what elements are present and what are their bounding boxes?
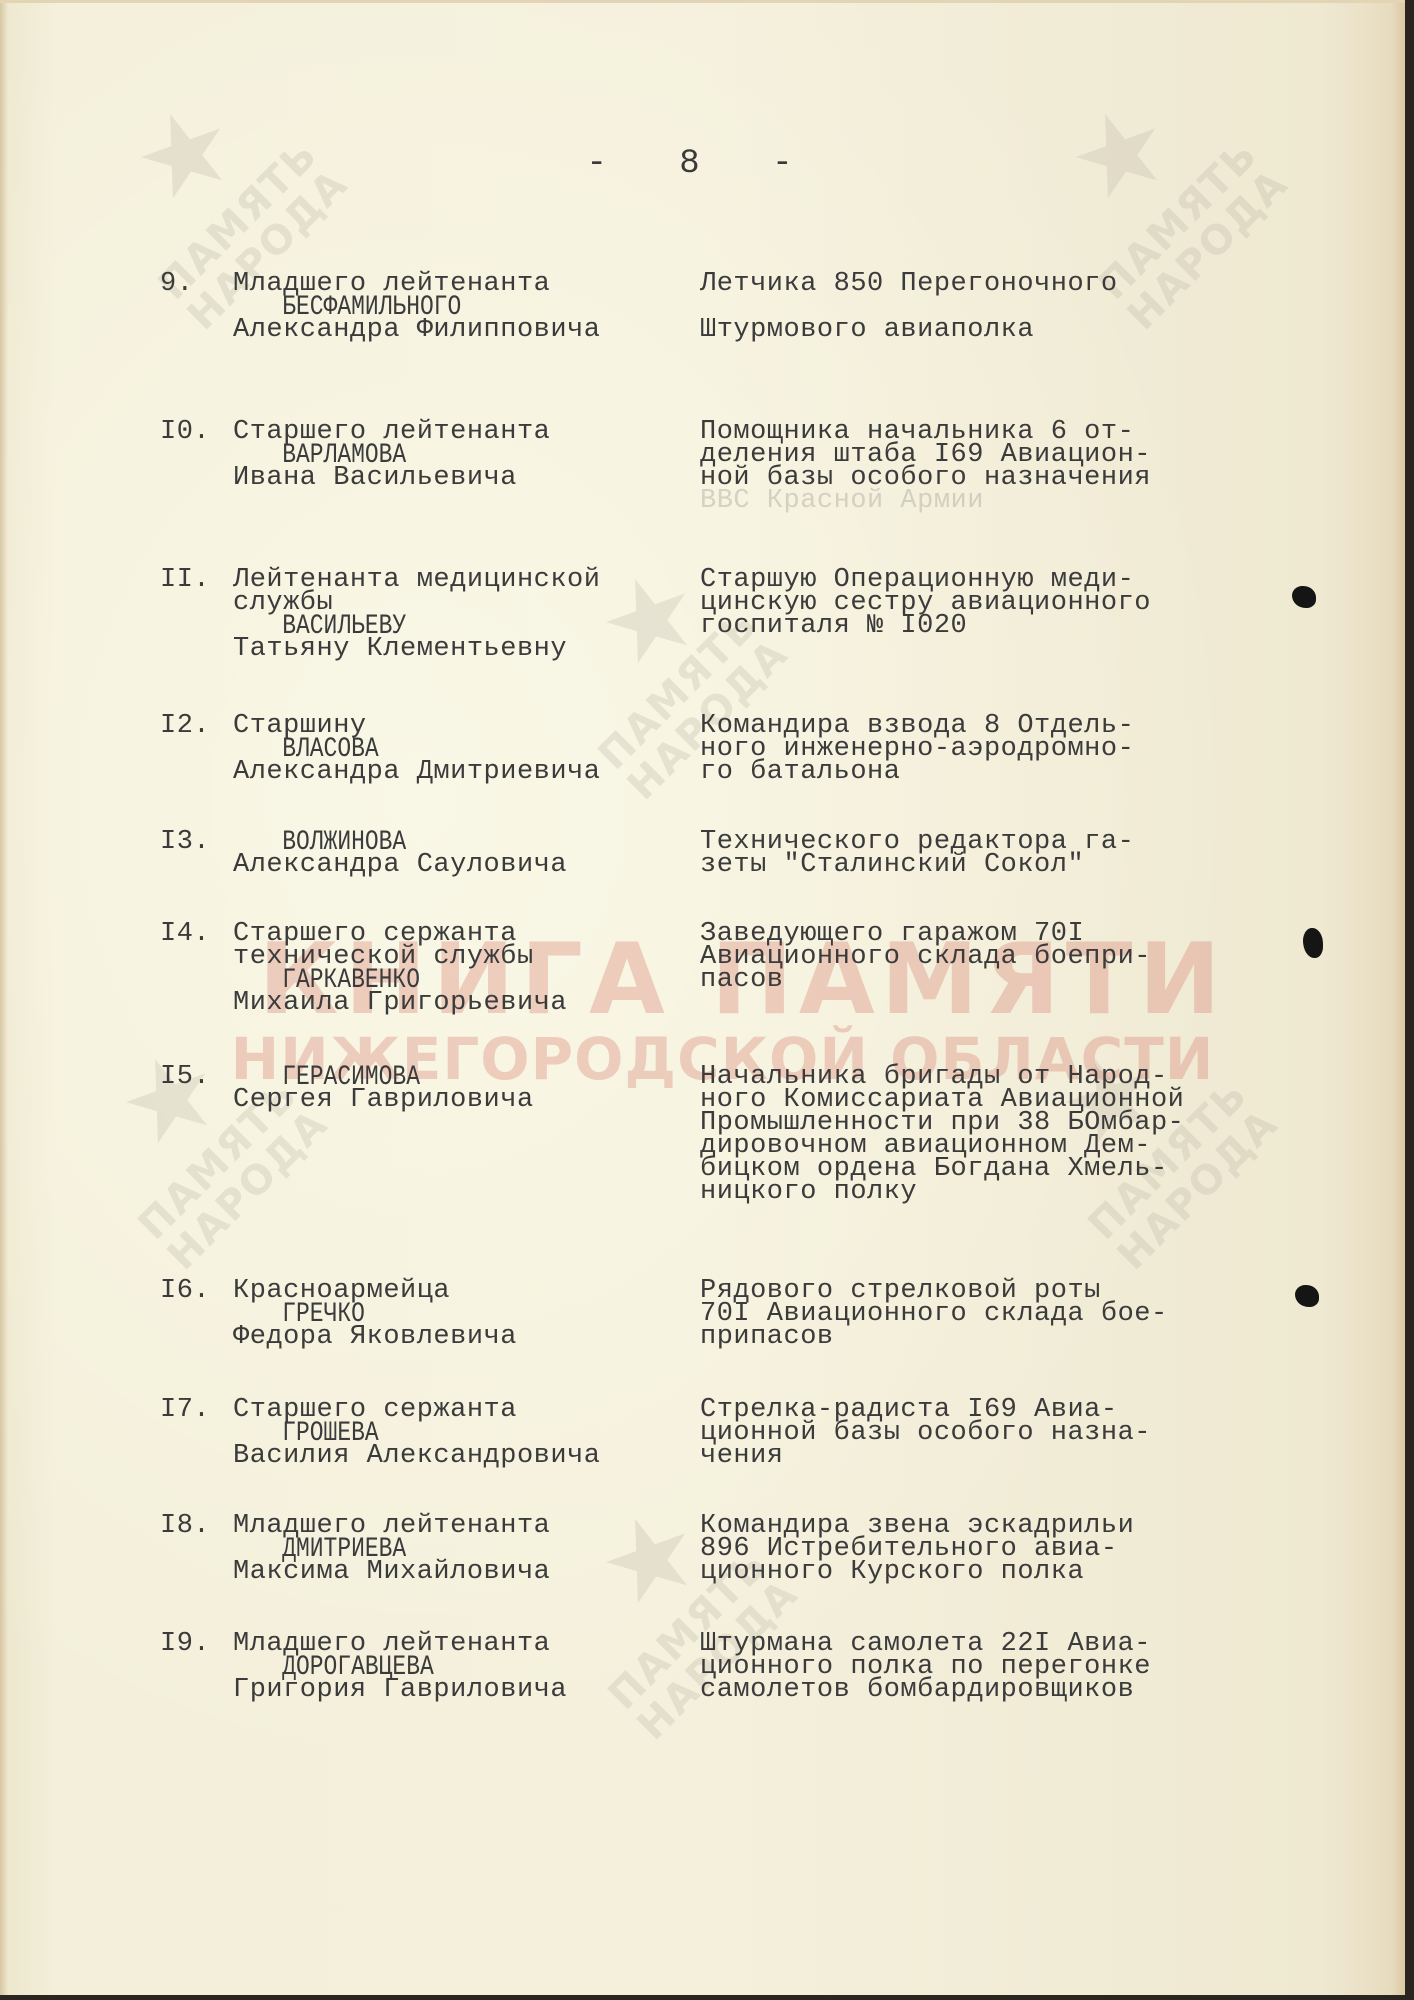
position-line-erased: ВВС Красной Армии (700, 490, 1151, 513)
recipient-given-names: Федора Яковлевича (233, 1326, 517, 1349)
entry-number: I3. (160, 831, 210, 854)
position-line: го батальона (700, 761, 1134, 784)
recipient-surname: ГАРКАВЕНКО (233, 969, 507, 992)
position-line: ницкого полку (700, 1181, 1184, 1204)
position-line: самолетов бомбардировщиков (700, 1679, 1151, 1702)
recipient-surname: ГЕРАСИМОВА (233, 1066, 480, 1089)
position-column: Начальника бригады от Народ-ного Комисса… (700, 1066, 1184, 1204)
position-column: Рядового стрелковой роты70I Авиационного… (700, 1280, 1168, 1349)
position-line: чения (700, 1445, 1151, 1468)
entry-number: I7. (160, 1399, 210, 1422)
recipient-column: Старшего лейтенантаВАРЛАМОВАИвана Василь… (233, 421, 550, 490)
position-column: Помощника начальника 6 от-деления штаба … (700, 421, 1151, 513)
position-line: ционного Курского полка (700, 1561, 1134, 1584)
position-column: Командира взвода 8 Отдель-ного инженерно… (700, 715, 1134, 784)
recipient-column: Старшего сержантаГРОШЕВАВасилия Александ… (233, 1399, 600, 1468)
recipient-surname: ВОЛЖИНОВА (233, 831, 507, 854)
recipient-column: Старшего сержантатехнической службыГАРКА… (233, 923, 567, 1015)
recipient-column: ГЕРАСИМОВАСергея Гавриловича (233, 1066, 534, 1112)
ink-spot (1303, 928, 1323, 958)
position-line: пасов (700, 969, 1151, 992)
recipient-surname: ВАСИЛЬЕВУ (233, 615, 534, 638)
recipient-surname: ГРЕЧКО (233, 1303, 466, 1326)
entry-number: 9. (160, 273, 193, 296)
ink-spot (1292, 586, 1316, 608)
recipient-surname: ДМИТРИЕВА (233, 1538, 493, 1561)
position-column: Заведующего гаражом 70IАвиационного скла… (700, 923, 1151, 992)
recipient-surname: БЕСФАМИЛЬНОГО (233, 296, 534, 319)
position-line: Штурмового авиаполка (700, 319, 1118, 342)
recipient-surname: ГРОШЕВА (233, 1422, 534, 1445)
entry-number: I0. (160, 421, 210, 444)
position-column: Командира звена эскадрильи896 Истребител… (700, 1515, 1134, 1584)
entry-number: I8. (160, 1515, 210, 1538)
position-line: Летчика 850 Перегоночного (700, 273, 1118, 296)
recipient-column: Младшего лейтенантаБЕСФАМИЛЬНОГОАлександ… (233, 273, 600, 342)
position-line: зеты "Сталинский Сокол" (700, 854, 1134, 877)
document-page: ★ ПАМЯТЬ НАРОДА ★ ПАМЯТЬ НАРОДА ★ ПАМЯТЬ… (0, 0, 1405, 1995)
position-column: Летчика 850 ПерегоночногоШтурмового авиа… (700, 273, 1118, 342)
recipient-surname: ВЛАСОВА (233, 738, 534, 761)
paper-edge-left (0, 3, 8, 1995)
entry-number: I2. (160, 715, 210, 738)
position-line: припасов (700, 1326, 1168, 1349)
entry-number: I6. (160, 1280, 210, 1303)
entry-number: I9. (160, 1633, 210, 1656)
recipient-column: СтаршинуВЛАСОВААлександра Дмитриевича (233, 715, 600, 784)
position-column: Технического редактора га-зеты "Сталинск… (700, 831, 1134, 877)
entry-number: I5. (160, 1066, 210, 1089)
entry-number: II. (160, 569, 210, 592)
position-column: Штурмана самолета 22I Авиа-ционного полк… (700, 1633, 1151, 1702)
recipient-surname: ВАРЛАМОВА (233, 444, 493, 467)
ink-spot (1295, 1285, 1319, 1307)
recipient-column: Младшего лейтенантаДОРОГАВЦЕВАГригория Г… (233, 1633, 567, 1702)
recipient-rank: Красноармейца (233, 1280, 517, 1303)
recipient-column: КрасноармейцаГРЕЧКОФедора Яковлевича (233, 1280, 517, 1349)
position-line: госпиталя № I020 (700, 615, 1151, 638)
recipient-column: ВОЛЖИНОВААлександра Сауловича (233, 831, 567, 877)
page-number: - 8 - (0, 145, 1405, 183)
recipient-column: Лейтенанта медицинскойслужбыВАСИЛЬЕВУТат… (233, 569, 600, 661)
position-column: Стрелка-радиста I69 Авиа-ционной базы ос… (700, 1399, 1151, 1468)
recipient-surname: ДОРОГАВЦЕВА (233, 1656, 507, 1679)
recipient-column: Младшего лейтенантаДМИТРИЕВАМаксима Миха… (233, 1515, 550, 1584)
entry-number: I4. (160, 923, 210, 946)
position-column: Старшую Операционную меди-цинскую сестру… (700, 569, 1151, 638)
